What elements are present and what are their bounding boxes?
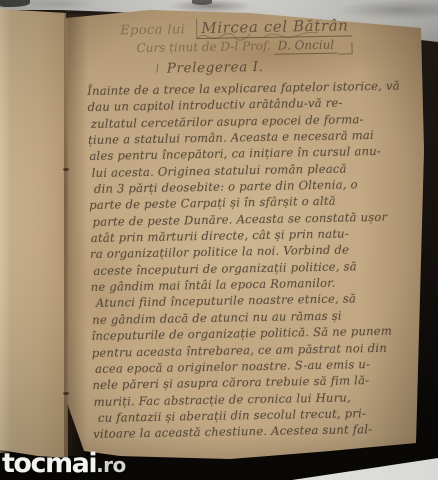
lecture-heading: Prelegerea I. xyxy=(157,56,427,77)
left-blank-page xyxy=(0,0,72,480)
manuscript-body: Înainte de a trece la explicarea faptelo… xyxy=(87,77,433,442)
binding-stitch xyxy=(63,168,69,171)
gutter-shadow xyxy=(68,14,88,456)
header-line-2: Curs ținut de D-l Prof. D. Onciul xyxy=(136,36,426,55)
manuscript-photo: Epoca lui Mircea cel Bătrân Curs ținut d… xyxy=(0,0,438,480)
tocmai-watermark: tocmai.ro xyxy=(2,448,126,479)
handwriting-block: Epoca lui Mircea cel Bătrân Curs ținut d… xyxy=(86,14,433,442)
professor-name: D. Onciul xyxy=(275,38,338,55)
watermark-brand: tocmai xyxy=(2,448,96,479)
page-edge-highlight xyxy=(0,8,10,453)
watermark-tld: .ro xyxy=(96,453,126,477)
wall-smudge xyxy=(192,0,212,5)
epoch-prefix: Epoca lui xyxy=(120,22,185,38)
binding-stitch xyxy=(63,392,69,395)
